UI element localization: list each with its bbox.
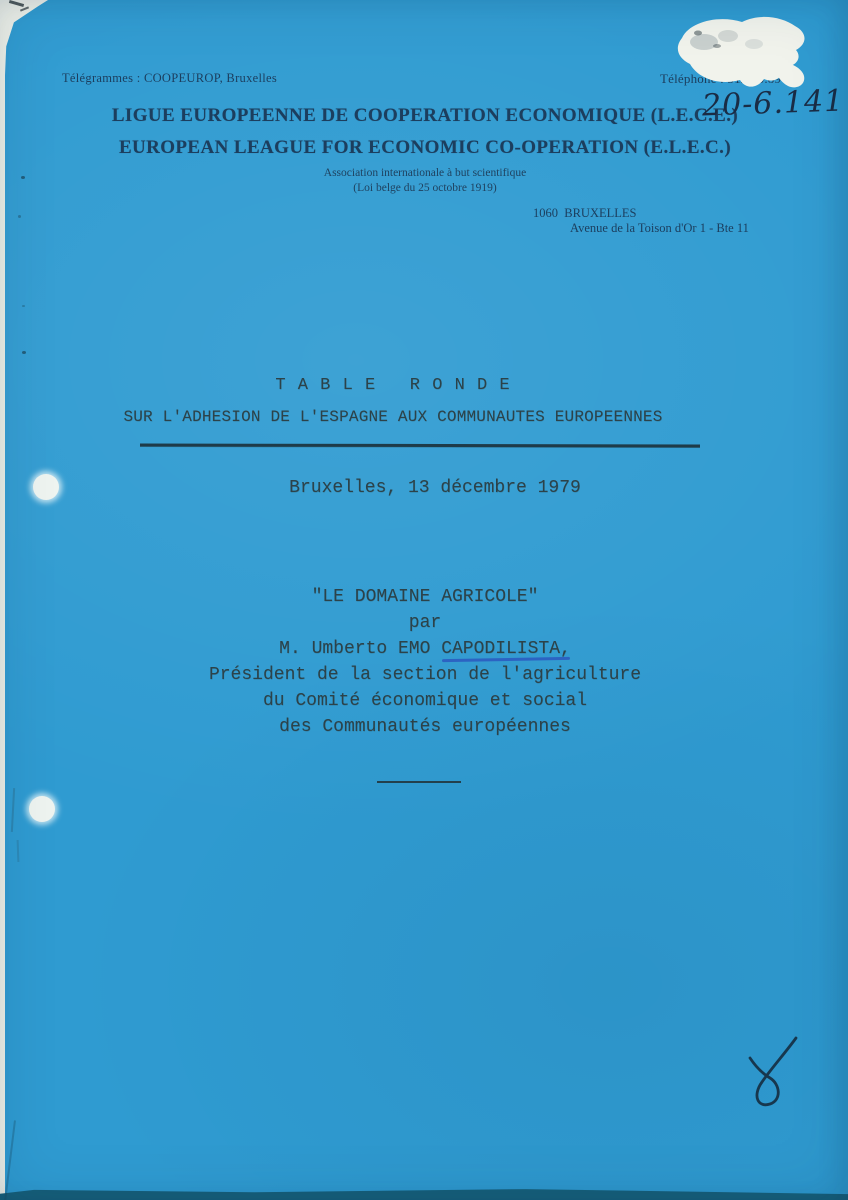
blue-cover-page: Télégrammes : COOPEUROP, Bruxelles Télép…	[0, 0, 848, 1200]
scanner-edge-left	[0, 0, 5, 1200]
title-line-2: SUR L'ADHESION DE L'ESPAGNE AUX COMMUNAU…	[93, 408, 693, 426]
whiteout-patch	[662, 6, 822, 90]
law-line: (Loi belge du 25 octobre 1919)	[45, 182, 805, 195]
pencil-trace	[11, 788, 15, 832]
author-role-line-3: des Communautés européennes	[125, 714, 725, 740]
title-underline-rule	[140, 444, 700, 448]
torn-corner-top-left	[0, 0, 48, 80]
address-street: Avenue de la Toison d'Or 1 - Bte 11	[570, 221, 749, 235]
scan-shadow-bottom	[0, 1186, 848, 1200]
letterhead-block: LIGUE EUROPEENNE DE COOPERATION ECONOMIQ…	[45, 104, 805, 195]
body-block: "LE DOMAINE AGRICOLE" par M. Umberto EMO…	[125, 584, 725, 740]
scanned-document: Télégrammes : COOPEUROP, Bruxelles Télép…	[0, 0, 848, 1200]
pencil-trace-2	[17, 840, 19, 862]
org-name-english: EUROPEAN LEAGUE FOR ECONOMIC CO-OPERATIO…	[45, 136, 805, 160]
dateline: Bruxelles, 13 décembre 1979	[135, 478, 735, 498]
author-role-line-1: Président de la section de l'agriculture	[125, 662, 725, 688]
subject-title: "LE DOMAINE AGRICOLE"	[125, 584, 725, 610]
dust-speck	[22, 305, 25, 307]
punch-hole-bottom	[29, 796, 55, 822]
title-block: T A B L E R O N D E SUR L'ADHESION DE L'…	[93, 376, 693, 426]
closing-rule	[377, 781, 461, 783]
dust-speck	[18, 215, 21, 218]
org-name-french: LIGUE EUROPEENNE DE COOPERATION ECONOMIQ…	[45, 104, 805, 128]
fold-crease-bottom-left	[4, 1120, 16, 1200]
author-role-line-2: du Comité économique et social	[125, 688, 725, 714]
dust-speck	[22, 351, 26, 354]
title-line-1: T A B L E R O N D E	[93, 376, 693, 395]
association-line: Association internationale à but scienti…	[45, 167, 805, 180]
byline-par: par	[125, 610, 725, 636]
dust-speck	[21, 176, 25, 179]
handwritten-page-mark	[740, 1032, 806, 1108]
author-name: M. Umberto EMO CAPODILISTA,	[125, 636, 725, 662]
address-block: 1060 BRUXELLES Avenue de la Toison d'Or …	[533, 206, 749, 235]
punch-hole-top	[33, 474, 59, 500]
telegrams-line: Télégrammes : COOPEUROP, Bruxelles	[62, 71, 277, 86]
address-postal-city: 1060 BRUXELLES	[533, 206, 749, 220]
